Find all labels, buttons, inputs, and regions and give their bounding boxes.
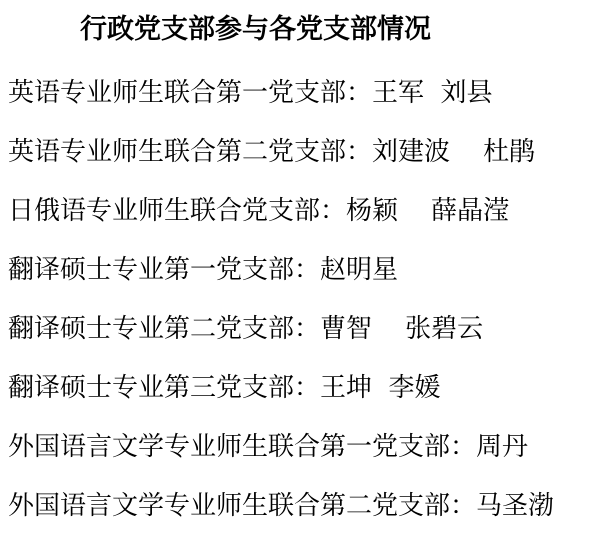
branch-row: 翻译硕士专业第一党支部：赵明星 <box>8 251 554 310</box>
branch-name: 英语专业师生联合第二党支部 <box>8 137 346 167</box>
branch-members: 王军 刘县 <box>372 78 493 108</box>
branch-row: 翻译硕士专业第二党支部：曹智 张碧云 <box>8 310 554 369</box>
branch-name: 外国语言文学专业师生联合第一党支部 <box>8 432 450 462</box>
separator: ： <box>294 373 320 403</box>
branch-name: 翻译硕士专业第一党支部 <box>8 255 294 285</box>
branch-row: 翻译硕士专业第三党支部：王坤 李媛 <box>8 369 554 428</box>
branch-name: 翻译硕士专业第三党支部 <box>8 373 294 403</box>
branch-list: 英语专业师生联合第一党支部：王军 刘县 英语专业师生联合第二党支部：刘建波 杜鹃… <box>8 74 554 546</box>
branch-name: 翻译硕士专业第二党支部 <box>8 314 294 344</box>
branch-row: 英语专业师生联合第二党支部：刘建波 杜鹃 <box>8 133 554 192</box>
branch-row: 英语专业师生联合第一党支部：王军 刘县 <box>8 74 554 133</box>
separator: ： <box>450 491 476 521</box>
branch-name: 英语专业师生联合第一党支部 <box>8 78 346 108</box>
document-title: 行政党支部参与各党支部情况 <box>80 12 431 48</box>
separator: ： <box>346 78 372 108</box>
branch-members: 王坤 李媛 <box>320 373 441 403</box>
separator: ： <box>294 314 320 344</box>
branch-row: 外国语言文学专业师生联合第一党支部：周丹 <box>8 428 554 487</box>
branch-members: 马圣渤 <box>476 491 554 521</box>
branch-name: 日俄语专业师生联合党支部 <box>8 196 320 226</box>
branch-row: 日俄语专业师生联合党支部：杨颖 薛晶滢 <box>8 192 554 251</box>
separator: ： <box>450 432 476 462</box>
branch-members: 周丹 <box>476 432 528 462</box>
separator: ： <box>294 255 320 285</box>
branch-members: 杨颖 薛晶滢 <box>346 196 509 226</box>
branch-members: 刘建波 杜鹃 <box>372 137 535 167</box>
branch-members: 赵明星 <box>320 255 398 285</box>
branch-row: 外国语言文学专业师生联合第二党支部：马圣渤 <box>8 487 554 546</box>
branch-name: 外国语言文学专业师生联合第二党支部 <box>8 491 450 521</box>
branch-members: 曹智 张碧云 <box>320 314 483 344</box>
separator: ： <box>320 196 346 226</box>
separator: ： <box>346 137 372 167</box>
